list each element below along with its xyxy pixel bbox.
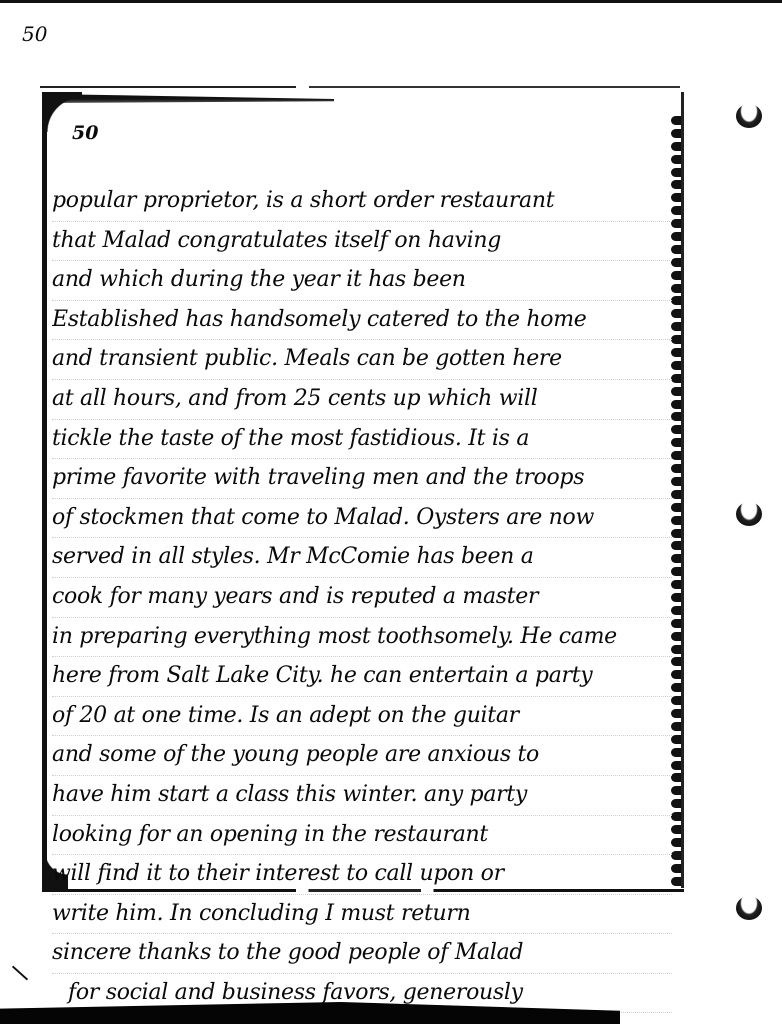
- stray-scan-mark: [12, 966, 28, 981]
- spiral-coil: [671, 451, 681, 460]
- text-line: tickle the taste of the most fastidious.…: [52, 420, 672, 460]
- punch-hole-bottom: [736, 896, 762, 920]
- text-line: of 20 at one time. Is an adept on the gu…: [52, 697, 672, 737]
- page-right-border: [681, 92, 684, 888]
- punch-hole-middle: [736, 502, 762, 526]
- text-line: here from Salt Lake City. he can enterta…: [52, 657, 672, 697]
- spiral-coil: [671, 438, 681, 447]
- spiral-coil: [671, 670, 681, 679]
- page-top-border: [40, 86, 680, 88]
- spiral-coil: [671, 645, 681, 654]
- spiral-coil: [671, 541, 681, 550]
- spiral-coil: [671, 567, 681, 576]
- spiral-coil: [671, 593, 681, 602]
- notebook-page: 50 popular proprietor, is a short order …: [38, 86, 684, 892]
- text-line: and some of the young people are anxious…: [52, 736, 672, 776]
- punch-hole-top: [736, 104, 762, 128]
- text-line: popular proprietor, is a short order res…: [52, 182, 672, 222]
- spiral-coil: [671, 722, 681, 731]
- spiral-coil: [671, 748, 681, 757]
- spiral-coil: [671, 554, 681, 563]
- text-line: and which during the year it has been: [52, 261, 672, 301]
- spiral-coil: [671, 864, 681, 873]
- spiral-coil: [671, 735, 681, 744]
- text-line: of stockmen that come to Malad. Oysters …: [52, 499, 672, 539]
- text-line: prime favorite with traveling men and th…: [52, 459, 672, 499]
- spiral-coil: [671, 387, 681, 396]
- spiral-coil: [671, 296, 681, 305]
- spiral-coil: [671, 580, 681, 589]
- spiral-coil: [671, 812, 681, 821]
- spiral-coil: [671, 180, 681, 189]
- spiral-coil: [671, 696, 681, 705]
- spiral-coil: [671, 155, 681, 164]
- spiral-coil: [671, 657, 681, 666]
- scan-top-edge: [0, 0, 782, 3]
- text-line: in preparing everything most toothsomely…: [52, 618, 672, 658]
- spiral-coil: [671, 232, 681, 241]
- spiral-coil: [671, 206, 681, 215]
- spiral-coil: [671, 786, 681, 795]
- outer-page-number: 50: [22, 22, 47, 46]
- spiral-coil: [671, 464, 681, 473]
- spiral-coil: [671, 348, 681, 357]
- spiral-coil: [671, 168, 681, 177]
- text-line: will find it to their interest to call u…: [52, 855, 672, 895]
- page-top-shadow: [44, 94, 334, 103]
- text-line: looking for an opening in the restaurant: [52, 816, 672, 856]
- spiral-binding: [671, 116, 681, 886]
- spiral-coil: [671, 322, 681, 331]
- spiral-coil: [671, 503, 681, 512]
- spiral-coil: [671, 374, 681, 383]
- spiral-coil: [671, 516, 681, 525]
- spiral-coil: [671, 335, 681, 344]
- inner-page-number: 50: [72, 122, 98, 144]
- spiral-coil: [671, 683, 681, 692]
- text-line: that Malad congratulates itself on havin…: [52, 222, 672, 262]
- spiral-coil: [671, 825, 681, 834]
- spiral-coil: [671, 773, 681, 782]
- spiral-coil: [671, 142, 681, 151]
- text-line: sincere thanks to the good people of Mal…: [52, 934, 672, 974]
- spiral-coil: [671, 116, 681, 125]
- spiral-coil: [671, 838, 681, 847]
- spiral-coil: [671, 284, 681, 293]
- spiral-coil: [671, 619, 681, 628]
- spiral-coil: [671, 258, 681, 267]
- spiral-coil: [671, 490, 681, 499]
- spiral-coil: [671, 412, 681, 421]
- spiral-coil: [671, 877, 681, 886]
- spiral-coil: [671, 851, 681, 860]
- page-left-border: [42, 92, 47, 888]
- text-line: Established has handsomely catered to th…: [52, 301, 672, 341]
- text-line: served in all styles. Mr McComie has bee…: [52, 538, 672, 578]
- text-line: write him. In concluding I must return: [52, 895, 672, 935]
- spiral-coil: [671, 361, 681, 370]
- handwritten-text: popular proprietor, is a short order res…: [52, 182, 672, 1013]
- spiral-coil: [671, 709, 681, 718]
- text-line: cook for many years and is reputed a mas…: [52, 578, 672, 618]
- spiral-coil: [671, 761, 681, 770]
- spiral-coil: [671, 309, 681, 318]
- spiral-coil: [671, 271, 681, 280]
- spiral-coil: [671, 219, 681, 228]
- spiral-coil: [671, 193, 681, 202]
- spiral-coil: [671, 529, 681, 538]
- text-line: at all hours, and from 25 cents up which…: [52, 380, 672, 420]
- spiral-coil: [671, 799, 681, 808]
- spiral-coil: [671, 477, 681, 486]
- spiral-coil: [671, 632, 681, 641]
- spiral-coil: [671, 245, 681, 254]
- text-line: and transient public. Meals can be gotte…: [52, 340, 672, 380]
- text-line: have him start a class this winter. any …: [52, 776, 672, 816]
- spiral-coil: [671, 400, 681, 409]
- spiral-coil: [671, 129, 681, 138]
- spiral-coil: [671, 425, 681, 434]
- spiral-coil: [671, 606, 681, 615]
